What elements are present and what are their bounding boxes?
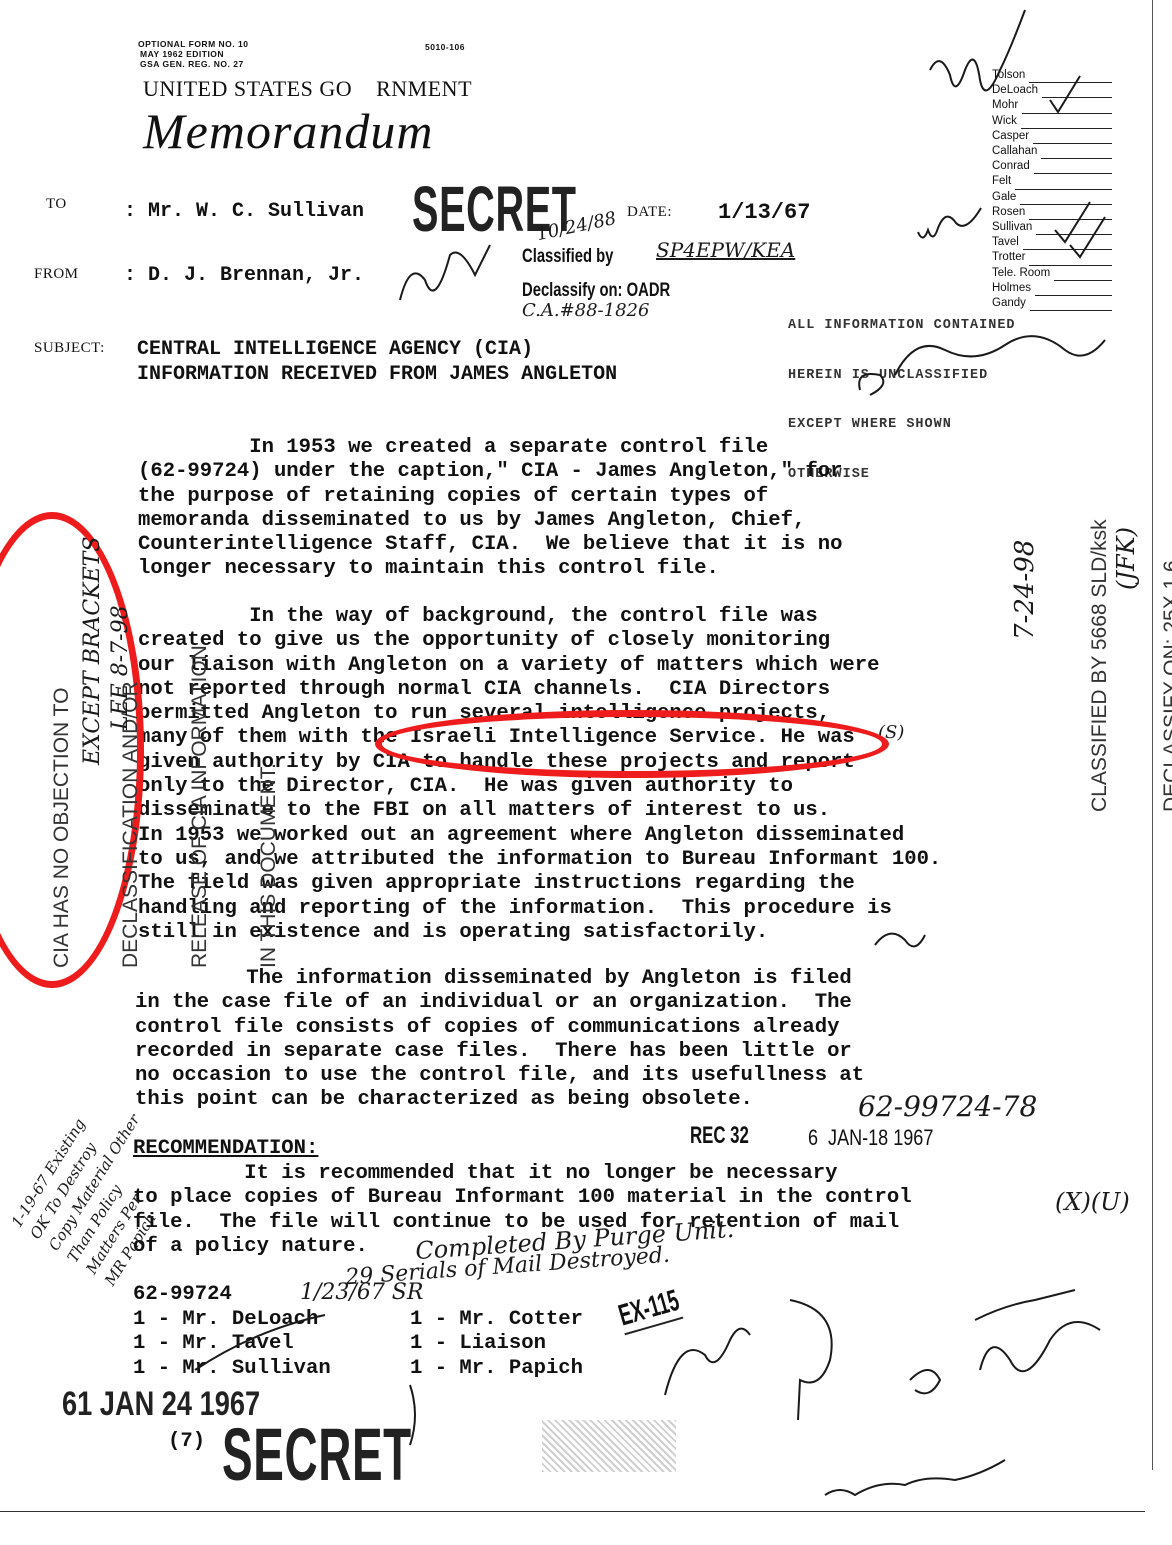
handwritten-signatures	[0, 0, 1172, 1545]
